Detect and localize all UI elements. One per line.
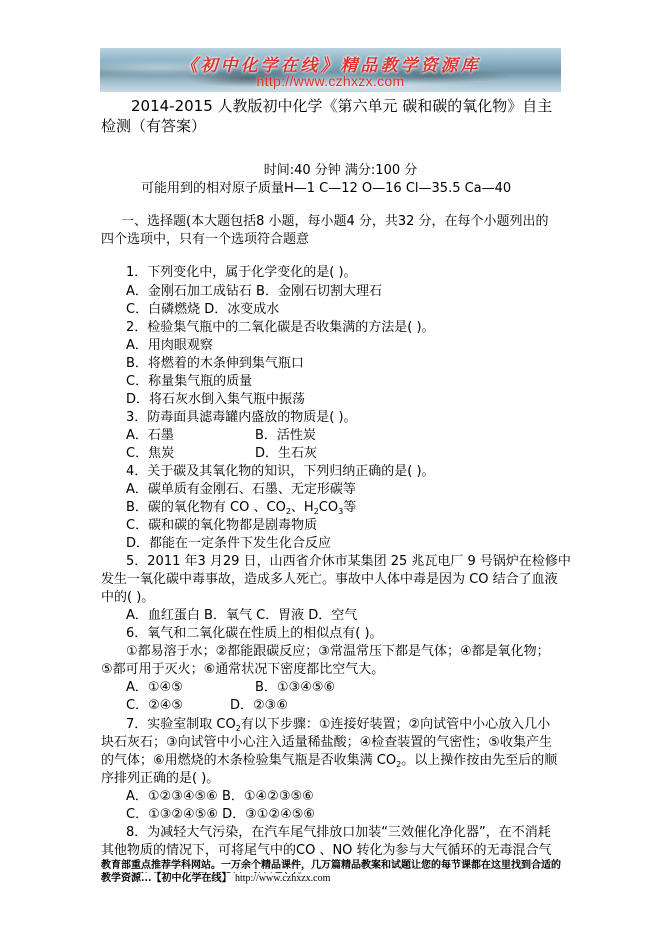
question-3-stem: 3．防毒面具滤毒罐内盛放的物质是( )。 (126, 410, 357, 426)
question-4-stem: 4．关于碳及其氧化物的知识，下列归纳正确的是( )。 (126, 464, 435, 480)
question-6-items-line2: ⑤都可用于灭火；⑥通常状况下密度都比空气大。 (101, 662, 384, 678)
question-8-stem-line2: 其他物质的情况下，可将尾气中的CO 、NO 转化为参与大气循环的无毒混合气 (101, 843, 552, 859)
section-heading-line1: 一、选择题(本大题包括8 小题，每小题4 分，共32 分，在每个小题列出的 (121, 214, 549, 230)
question-6-items-line1: ①都易溶于水；②都能跟碳反应；③常温常压下都是气体；④都是氧化物； (126, 644, 550, 660)
question-2-stem: 2．检验集气瓶中的二氧化碳是否收集满的方法是( )。 (126, 320, 435, 336)
q7-text: 的气体；⑥用燃烧的木条检验集气瓶是否收集满 CO (101, 753, 396, 768)
question-7-options-cd: C．①③②④⑤⑥ D．③①②④⑤⑥ (126, 807, 315, 823)
option-b-text: B．碳的氧化物有 CO 、CO (126, 500, 286, 515)
question-6-option-c: C．②④⑤ (126, 698, 183, 714)
atomic-mass-info: 可能用到的相对原子质量H—1 C—12 O—16 Cl—35.5 Ca—40 (141, 181, 511, 197)
question-5-stem-line3: 中的( )。 (101, 590, 154, 606)
document-title-line2: 检测（有答案） (101, 117, 206, 135)
question-7-options-ab: A．①②③④⑤⑥ B．①④②③⑤⑥ (126, 789, 314, 805)
question-5-options: A．血红蛋白 B．氧气 C．胃液 D．空气 (126, 608, 357, 624)
option-b-text: 等 (343, 500, 356, 515)
question-8-stem-line1: 8．为减轻大气污染，在汽车尾气排放口加装“三效催化净化器”，在不消耗 (126, 825, 551, 841)
question-5-stem-line2: 发生一氧化碳中毒事故，造成多人死亡。事故中人体中毒是因为 CO 结合了血液 (101, 572, 558, 588)
question-2-option-d: D．将石灰水倒入集气瓶中振荡 (126, 392, 305, 408)
question-5-stem-line1: 5．2011 年3 月29 日，山西省介休市某集团 25 兆瓦电厂 9 号锅炉在… (126, 554, 571, 570)
footer-line2: 教学资源...【初中化学在线】 http://www.czhxzx.com (101, 872, 330, 885)
q7-text: 。以上操作按由先至后的顺 (401, 753, 557, 768)
q7-text: 7．实验室制取 CO (126, 717, 236, 732)
question-1-stem: 1．下列变化中，属于化学变化的是( )。 (126, 265, 357, 281)
question-3-option-b: B．活性炭 (255, 428, 316, 444)
question-7-line4: 序排列正确的是( )。 (101, 771, 219, 787)
option-b-text: 、H (291, 500, 314, 515)
question-7-line3: 的气体；⑥用燃烧的木条检验集气瓶是否收集满 CO2。以上操作按由先至后的顺 (101, 753, 557, 773)
question-2-option-c: C．称量集气瓶的质量 (126, 374, 252, 390)
question-4-option-d: D．都能在一定条件下发生化合反应 (126, 536, 331, 552)
question-3-option-d: D．生石灰 (255, 446, 317, 462)
question-6-option-a: A．①④⑤ (126, 680, 183, 696)
question-4-option-b: B．碳的氧化物有 CO 、CO2、H2CO3等 (126, 500, 356, 520)
question-7-line2: 块石灰石；③向试管中小心注入适量稀盐酸；④检查装置的气密性；⑤收集产生 (101, 735, 552, 751)
question-4-option-a: A．碳单质有金刚石、石墨、无定形碳等 (126, 482, 356, 498)
section-heading-line2: 四个选项中，只有一个选项符合题意 (101, 232, 309, 248)
footer-text: 教学资源...【初中化学在线】 (101, 873, 231, 884)
question-2-option-a: A．用肉眼观察 (126, 338, 213, 354)
question-3-option-c: C．焦炭 (126, 446, 174, 462)
site-banner: 《初中化学在线》精品教学资源库 http://www.czhxzx.com (100, 48, 561, 92)
banner-url[interactable]: http://www.czhxzx.com (100, 73, 561, 89)
question-4-option-c: C．碳和碳的氧化物都是剧毒物质 (126, 518, 317, 534)
footer-line1: 教育部重点推荐学科网站。一万余个精品课件，几万篇精品教案和试题让您的每节课都在这… (101, 859, 561, 872)
footer-url-link[interactable]: http://www.czhxzx.com (235, 873, 330, 884)
question-1-options-ab: A．金刚石加工成钻石 B．金刚石切割大理石 (126, 284, 382, 300)
question-7-line1: 7．实验室制取 CO2有以下步骤：①连接好装置；②向试管中小心放入几小 (126, 717, 550, 737)
question-6-option-b: B．①③④⑤⑥ (255, 680, 335, 696)
time-info: 时间:40 分钟 满分:100 分 (0, 163, 661, 179)
document-title-line1: 2014-2015 人教版初中化学《第六单元 碳和碳的氧化物》自主 (131, 97, 552, 115)
question-6-stem: 6．氧气和二氧化碳在性质上的相似点有( )。 (126, 626, 383, 642)
question-3-option-a: A．石墨 (126, 428, 174, 444)
q7-text: 有以下步骤：①连接好装置；②向试管中小心放入几小 (241, 717, 550, 732)
question-2-option-b: B．将燃着的木条伸到集气瓶口 (126, 356, 304, 372)
question-1-options-cd: C．白磷燃烧 D．冰变成水 (126, 302, 279, 318)
option-b-text: CO (319, 500, 338, 515)
question-6-option-d: D．②③⑥ (230, 698, 288, 714)
